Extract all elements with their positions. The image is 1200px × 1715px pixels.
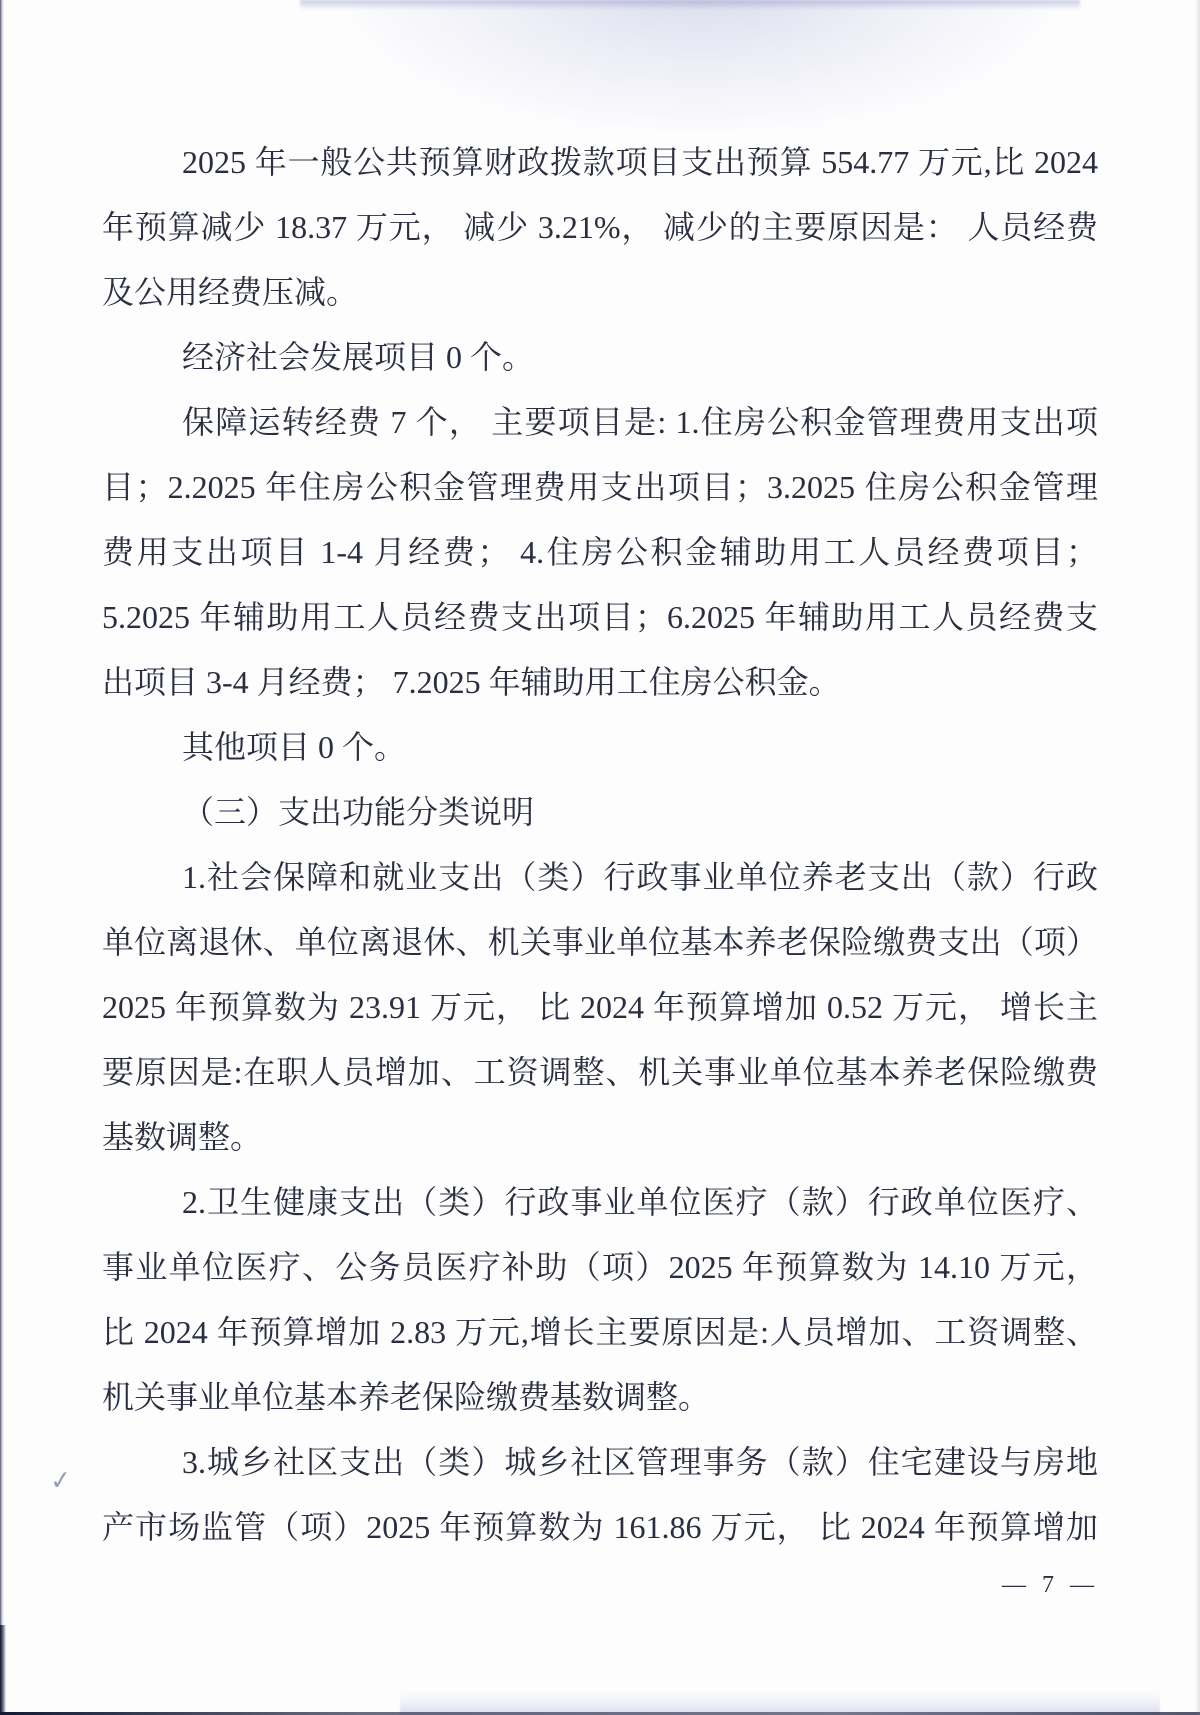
text-line: 年预算减少 18.37 万元， 减少 3.21%， 减少的主要原因是： 人员经费 xyxy=(102,195,1098,260)
handwritten-checkmark: ✓ xyxy=(48,1465,73,1497)
text-line: 基数调整。 xyxy=(102,1105,1098,1170)
text-line: 2025 年预算数为 23.91 万元， 比 2024 年预算增加 0.52 万… xyxy=(102,975,1098,1040)
text-line: 事业单位医疗、公务员医疗补助（项）2025 年预算数为 14.10 万元， xyxy=(102,1235,1098,1300)
text-line: 保障运转经费 7 个， 主要项目是: 1.住房公积金管理费用支出项 xyxy=(102,390,1098,455)
text-line: 2025 年一般公共预算财政拨款项目支出预算 554.77 万元,比 2024 xyxy=(102,130,1098,195)
text-line: 其他项目 0 个。 xyxy=(102,715,1098,780)
page-number: — 7 — xyxy=(1002,1572,1099,1599)
text-line: 及公用经费压减。 xyxy=(102,260,1098,325)
text-line: 产市场监管（项）2025 年预算数为 161.86 万元， 比 2024 年预算… xyxy=(102,1495,1098,1560)
scan-haze-top xyxy=(350,0,1050,130)
text-block: 2025 年一般公共预算财政拨款项目支出预算 554.77 万元,比 2024年… xyxy=(102,130,1098,1560)
text-line: 1.社会保障和就业支出（类）行政事业单位养老支出（款）行政 xyxy=(102,845,1098,910)
text-line: 经济社会发展项目 0 个。 xyxy=(102,325,1098,390)
scan-speckle-bottom xyxy=(400,1689,1160,1715)
text-line: 比 2024 年预算增加 2.83 万元,增长主要原因是:人员增加、工资调整、 xyxy=(102,1300,1098,1365)
text-line: （三）支出功能分类说明 xyxy=(102,780,1098,845)
text-line: 3.城乡社区支出（类）城乡社区管理事务（款）住宅建设与房地 xyxy=(102,1430,1098,1495)
scan-edge-bottom-left xyxy=(0,1625,6,1715)
scanned-document-page: 2025 年一般公共预算财政拨款项目支出预算 554.77 万元,比 2024年… xyxy=(0,0,1200,1715)
text-line: 要原因是:在职人员增加、工资调整、机关事业单位基本养老保险缴费 xyxy=(102,1040,1098,1105)
text-line: 单位离退休、单位离退休、机关事业单位基本养老保险缴费支出（项） xyxy=(102,910,1098,975)
text-line: 费用支出项目 1-4 月经费； 4.住房公积金辅助用工人员经费项目； xyxy=(102,520,1098,585)
scan-haze-top-band xyxy=(300,0,1080,10)
text-line: 目；2.2025 年住房公积金管理费用支出项目；3.2025 住房公积金管理 xyxy=(102,455,1098,520)
text-line: 2.卫生健康支出（类）行政事业单位医疗（款）行政单位医疗、 xyxy=(102,1170,1098,1235)
text-line: 出项目 3-4 月经费； 7.2025 年辅助用工住房公积金。 xyxy=(102,650,1098,715)
scan-edge-left xyxy=(0,0,4,1715)
text-line: 机关事业单位基本养老保险缴费基数调整。 xyxy=(102,1365,1098,1430)
scan-edge-right xyxy=(1195,0,1200,1715)
text-line: 5.2025 年辅助用工人员经费支出项目；6.2025 年辅助用工人员经费支 xyxy=(102,585,1098,650)
